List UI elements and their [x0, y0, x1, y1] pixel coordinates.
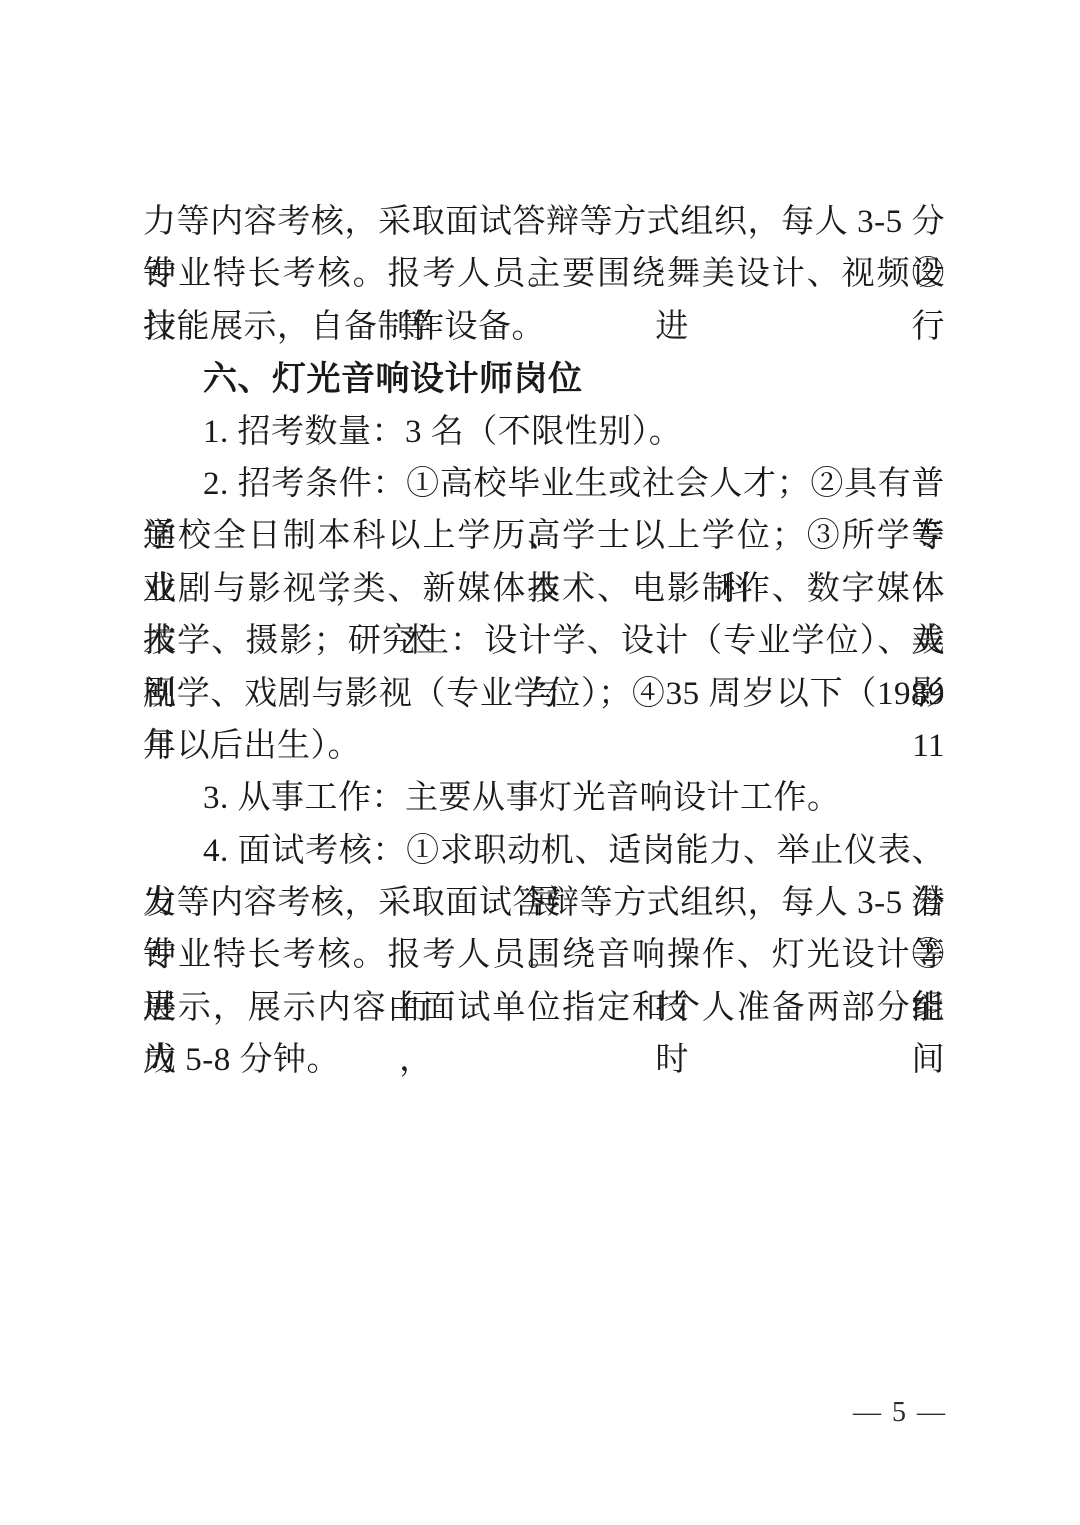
text-line: 3. 从事工作：主要从事灯光音响设计工作。 [143, 772, 945, 824]
text-line: 展示，展示内容由面试单位指定和个人准备两部分组成，时间 [143, 982, 945, 1034]
section-heading: 六、灯光音响设计师岗位 [143, 353, 945, 405]
text-line: 2. 招考条件：①高校毕业生或社会人才；②具有普通高等 [143, 458, 945, 510]
text-line: 专业特长考核。报考人员围绕音响操作、灯光设计等进行技能 [143, 929, 945, 981]
page-number: — 5 — [853, 1396, 947, 1430]
text-line: 戏剧与影视学类、新媒体技术、电影制作、数字媒体技术、美 [143, 563, 945, 615]
text-line: 1. 招考数量：3 名（不限性别）。 [143, 406, 945, 458]
text-line: 力等内容考核，采取面试答辩等方式组织，每人 3-5 分钟。② [143, 196, 945, 248]
text-line: 视学、戏剧与影视（专业学位）；④35 周岁以下（1989 年 11 [143, 668, 945, 720]
text-line: 4. 面试考核：①求职动机、适岗能力、举止仪表、发展潜 [143, 825, 945, 877]
document-page: 力等内容考核，采取面试答辩等方式组织，每人 3-5 分钟。②专业特长考核。报考人… [0, 0, 1080, 1525]
text-line: 学校全日制本科以上学历、学士以上学位；③所学专业，本科： [143, 510, 945, 562]
text-line: 力等内容考核，采取面试答辩等方式组织，每人 3-5 分钟。② [143, 877, 945, 929]
text-line: 专业特长考核。报考人员主要围绕舞美设计、视频设计等进行 [143, 248, 945, 300]
document-body: 力等内容考核，采取面试答辩等方式组织，每人 3-5 分钟。②专业特长考核。报考人… [143, 196, 945, 1087]
text-line: 术学、摄影；研究生：设计学、设计（专业学位）、戏剧与影 [143, 615, 945, 667]
